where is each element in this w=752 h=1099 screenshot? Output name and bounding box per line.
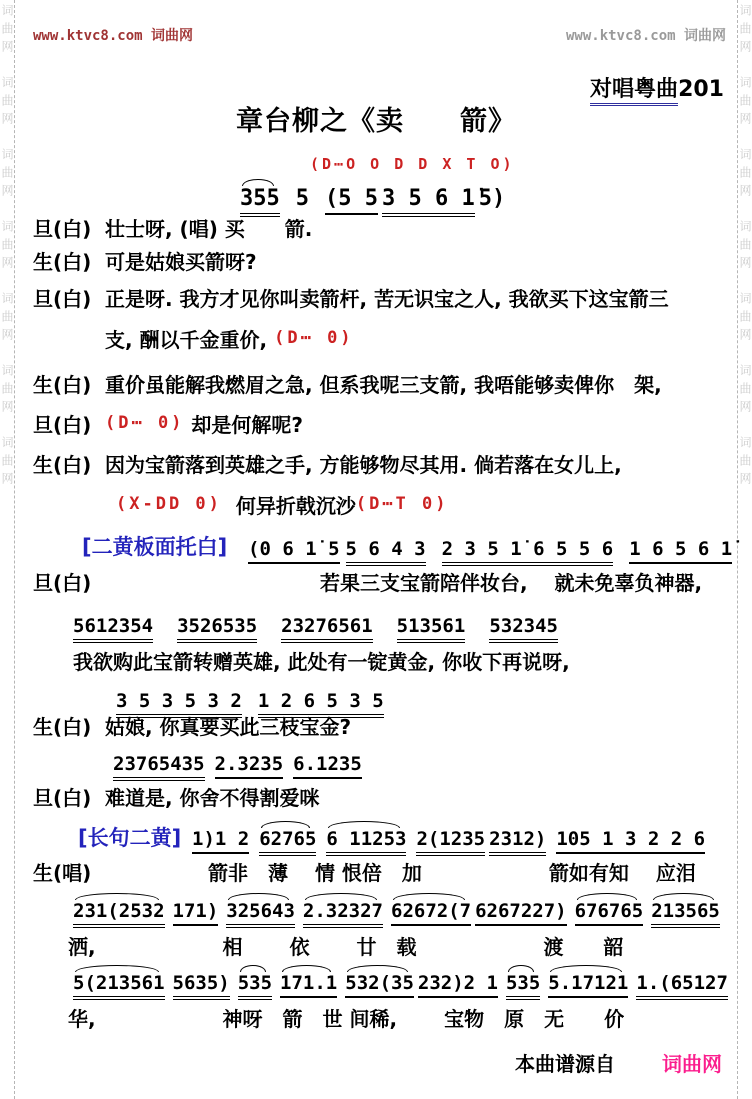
music-notes: 2 3 5 1̇ 6 5 5 6 bbox=[442, 538, 614, 566]
music-notes: 2(1235 bbox=[416, 828, 485, 856]
music-notes: 535 bbox=[506, 972, 540, 1000]
music-notes: 231(2532 bbox=[73, 900, 165, 928]
watermark-column-left: 词曲网 词曲网 词曲网 词曲网 词曲网 词曲网 词曲网 bbox=[0, 0, 15, 1099]
music-notes: 5 bbox=[296, 186, 309, 213]
page-title: 章台柳之《卖 箭》 bbox=[0, 99, 752, 138]
music-notes: 1 2 6 5 3 5 bbox=[258, 690, 384, 718]
music-notes: 1)1 2 bbox=[192, 828, 249, 854]
music-notes: 6 11253 bbox=[326, 828, 406, 856]
music-notes: 2.3235 bbox=[215, 753, 284, 779]
lyric-text: 若果三支宝箭陪伴妆台, 就未免辜负神器, bbox=[320, 572, 702, 595]
music-notes: 5612354 bbox=[73, 615, 153, 643]
lyric-line: 华, 神呀 箭 世 间稀, 宝物 原 无 价 bbox=[68, 1008, 624, 1031]
dialogue-text: 姑娘, 你真要买此三枝宝金? bbox=[105, 716, 351, 739]
music-line-intro: 355 5 (5 5 3 5 6 1̇ 5) bbox=[240, 186, 521, 217]
dialogue-line: 生(白) 重价虽能解我燃眉之急, 但系我呢三支箭, 我唔能够卖俾你 架, bbox=[33, 374, 662, 397]
music-notes: 5.17121 bbox=[548, 972, 628, 998]
section-label-row: [长句二黄] bbox=[78, 826, 181, 850]
dialogue-line: 旦(白) 壮士呀, (唱) 买 箭. bbox=[33, 218, 312, 241]
dialogue-text: 难道是, 你舍不得割爱咪 bbox=[105, 787, 320, 810]
music-notes: 1 6 5 6 1̇ bbox=[629, 538, 732, 564]
footer-site-link[interactable]: 词曲网 bbox=[662, 1048, 722, 1077]
music-notes: 6267227) bbox=[475, 900, 567, 926]
role-label: 旦(白) bbox=[33, 787, 105, 810]
music-line-phrase1: 5612354 3526535 23276561 513561 532345 bbox=[73, 615, 582, 643]
header-site-link-right[interactable]: www.ktvc8.com 词曲网 bbox=[566, 25, 726, 45]
music-line-phrase2: 3 5 3 5 3 2 1 2 6 5 3 5 bbox=[116, 690, 400, 718]
music-notes: 232)2 1 bbox=[418, 972, 498, 998]
watermark-text: 词曲网 词曲网 词曲网 词曲网 词曲网 词曲网 词曲网 bbox=[0, 4, 14, 490]
role-label: 旦(白) bbox=[33, 414, 105, 437]
role-label: 生(唱) bbox=[33, 862, 105, 885]
dialogue-line: 旦(白) 正是呀. 我方才见你叫卖箭杆, 苦无识宝之人, 我欲买下这宝箭三 bbox=[33, 288, 669, 311]
music-notes: 171) bbox=[173, 900, 219, 926]
dialogue-continuation-line: 支, 酬以千金重价, (D⋯ 0) bbox=[105, 329, 354, 352]
dialogue-line: 生(白) 可是姑娘买箭呀? bbox=[33, 251, 257, 274]
dialogue-line: 旦(白) 难道是, 你舍不得割爱咪 bbox=[33, 787, 320, 810]
dialogue-line: 旦(白) (D⋯ 0) 却是何解呢? bbox=[33, 414, 303, 437]
lyric-line: 洒, 相 依 廿 载 渡 韶 bbox=[68, 936, 623, 959]
music-notes: 2.32327 bbox=[303, 900, 383, 928]
lyric-text: 华, 神呀 箭 世 间稀, 宝物 原 无 价 bbox=[68, 1008, 624, 1031]
dialogue-text: 何异折戟沉沙 bbox=[222, 495, 356, 518]
music-notes: 62765 bbox=[259, 828, 316, 856]
percussion-intro: (D⋯O O D D X T O) bbox=[310, 156, 515, 173]
music-notes: 23276561 bbox=[281, 615, 373, 643]
role-label: 生(白) bbox=[33, 251, 105, 274]
role-label: 旦(白) bbox=[33, 572, 105, 595]
role-label: 生(白) bbox=[33, 374, 105, 397]
music-line-phrase5: 5(213561 5635) 535 171.1 532(35 232)2 1 … bbox=[73, 972, 736, 1000]
dialogue-line: 生(白) 因为宝箭落到英雄之手, 方能够物尽其用. 倘若落在女儿上, bbox=[33, 454, 622, 477]
lyric-text: 我欲购此宝箭转赠英雄, 此处有一锭黄金, 你收下再说呀, bbox=[73, 651, 570, 674]
percussion-intro-row: (D⋯O O D D X T O) bbox=[310, 156, 515, 173]
music-notes: 2312) bbox=[489, 828, 546, 856]
role-label: 旦(白) bbox=[33, 288, 105, 311]
music-notes: 532345 bbox=[489, 615, 558, 643]
music-line-banmian: (0 6 1̇ 5 5 6 4 3 2 3 5 1̇ 6 5 5 6 1 6 5… bbox=[248, 538, 748, 566]
dialogue-text: 却是何解呢? bbox=[184, 414, 303, 437]
section-label-row: [二黄板面托白] bbox=[82, 535, 227, 559]
footer-source-label: 本曲谱源自 bbox=[515, 1048, 615, 1077]
music-notes: 676765 bbox=[575, 900, 644, 926]
header-site-link-left[interactable]: www.ktvc8.com 词曲网 bbox=[33, 25, 193, 45]
section-label: [长句二黄] bbox=[78, 826, 181, 850]
music-notes: 171.1 bbox=[280, 972, 337, 998]
music-notes: 513561 bbox=[397, 615, 466, 643]
role-label: 生(白) bbox=[33, 716, 105, 739]
dialogue-text: 壮士呀, (唱) 买 箭. bbox=[105, 218, 312, 241]
lyric-line: 若果三支宝箭陪伴妆台, 就未免辜负神器, bbox=[320, 572, 702, 595]
music-notes: 355 bbox=[240, 186, 280, 217]
lyric-text: 箭非 薄 情 恨倍 加 箭如有知 应泪 bbox=[208, 862, 696, 885]
song-sheet-page: 词曲网 词曲网 词曲网 词曲网 词曲网 词曲网 词曲网 词曲网 词曲网 词曲网 … bbox=[0, 0, 752, 1099]
lyric-line: 我欲购此宝箭转赠英雄, 此处有一锭黄金, 你收下再说呀, bbox=[73, 651, 570, 674]
dialogue-line: 旦(白) bbox=[33, 572, 105, 595]
dialogue-text: 重价虽能解我燃眉之急, 但系我呢三支箭, 我唔能够卖俾你 架, bbox=[105, 374, 662, 397]
role-label: 生(白) bbox=[33, 454, 105, 477]
music-notes: 23765435 bbox=[113, 753, 205, 781]
music-notes: 213565 bbox=[651, 900, 720, 928]
dialogue-text: 支, 酬以千金重价, bbox=[105, 329, 274, 352]
dialogue-continuation-line: (X-DD 0) 何异折戟沉沙 (D⋯T 0) bbox=[116, 495, 448, 518]
dialogue-line: 生(白) 姑娘, 你真要买此三枝宝金? bbox=[33, 716, 351, 739]
music-line-phrase3: 23765435 2.3235 6.1235 bbox=[113, 753, 372, 781]
music-notes: (5 5 bbox=[325, 186, 378, 215]
dialogue-text: 因为宝箭落到英雄之手, 方能够物尽其用. 倘若落在女儿上, bbox=[105, 454, 622, 477]
music-notes: 105 1 3 2 2 6 bbox=[556, 828, 705, 854]
music-line-changju: 1)1 2 62765 6 11253 2(1235 2312) 105 1 3… bbox=[192, 828, 715, 856]
music-notes: 325643 bbox=[226, 900, 295, 928]
music-notes: 532(35 bbox=[345, 972, 414, 998]
lyric-line: 箭非 薄 情 恨倍 加 箭如有知 应泪 bbox=[208, 862, 696, 885]
percussion-mark: (D⋯T 0) bbox=[356, 495, 449, 515]
dialogue-text: 可是姑娘买箭呀? bbox=[105, 251, 257, 274]
music-notes: 5635) bbox=[173, 972, 230, 1000]
music-notes: (0 6 1̇ 5 bbox=[248, 538, 340, 564]
music-notes: 3526535 bbox=[177, 615, 257, 643]
role-label: 旦(白) bbox=[33, 218, 105, 241]
music-notes: 3 5 6 1̇ bbox=[382, 186, 475, 217]
section-label: [二黄板面托白] bbox=[82, 535, 227, 559]
music-notes: 5(213561 bbox=[73, 972, 165, 1000]
lyric-text: 洒, 相 依 廿 载 渡 韶 bbox=[68, 936, 623, 959]
music-line-phrase4: 231(2532 171) 325643 2.32327 62672(7 626… bbox=[73, 900, 728, 928]
watermark-text: 词曲网 词曲网 词曲网 词曲网 词曲网 词曲网 词曲网 bbox=[738, 4, 752, 490]
dialogue-line: 生(唱) bbox=[33, 862, 105, 885]
music-notes: 535 bbox=[238, 972, 272, 1000]
percussion-mark: (D⋯ 0) bbox=[105, 414, 184, 434]
music-notes: 5) bbox=[479, 186, 506, 213]
music-notes: 62672(7 bbox=[391, 900, 471, 926]
music-notes: 3 5 3 5 3 2 bbox=[116, 690, 242, 718]
music-notes: 5 6 4 3 bbox=[346, 538, 426, 566]
music-notes: 6.1235 bbox=[293, 753, 362, 779]
percussion-mark: (X-DD 0) bbox=[116, 495, 222, 515]
percussion-mark: (D⋯ 0) bbox=[274, 329, 353, 349]
dialogue-text: 正是呀. 我方才见你叫卖箭杆, 苦无识宝之人, 我欲买下这宝箭三 bbox=[105, 288, 669, 311]
music-notes: 1.(65127 bbox=[636, 972, 728, 1000]
